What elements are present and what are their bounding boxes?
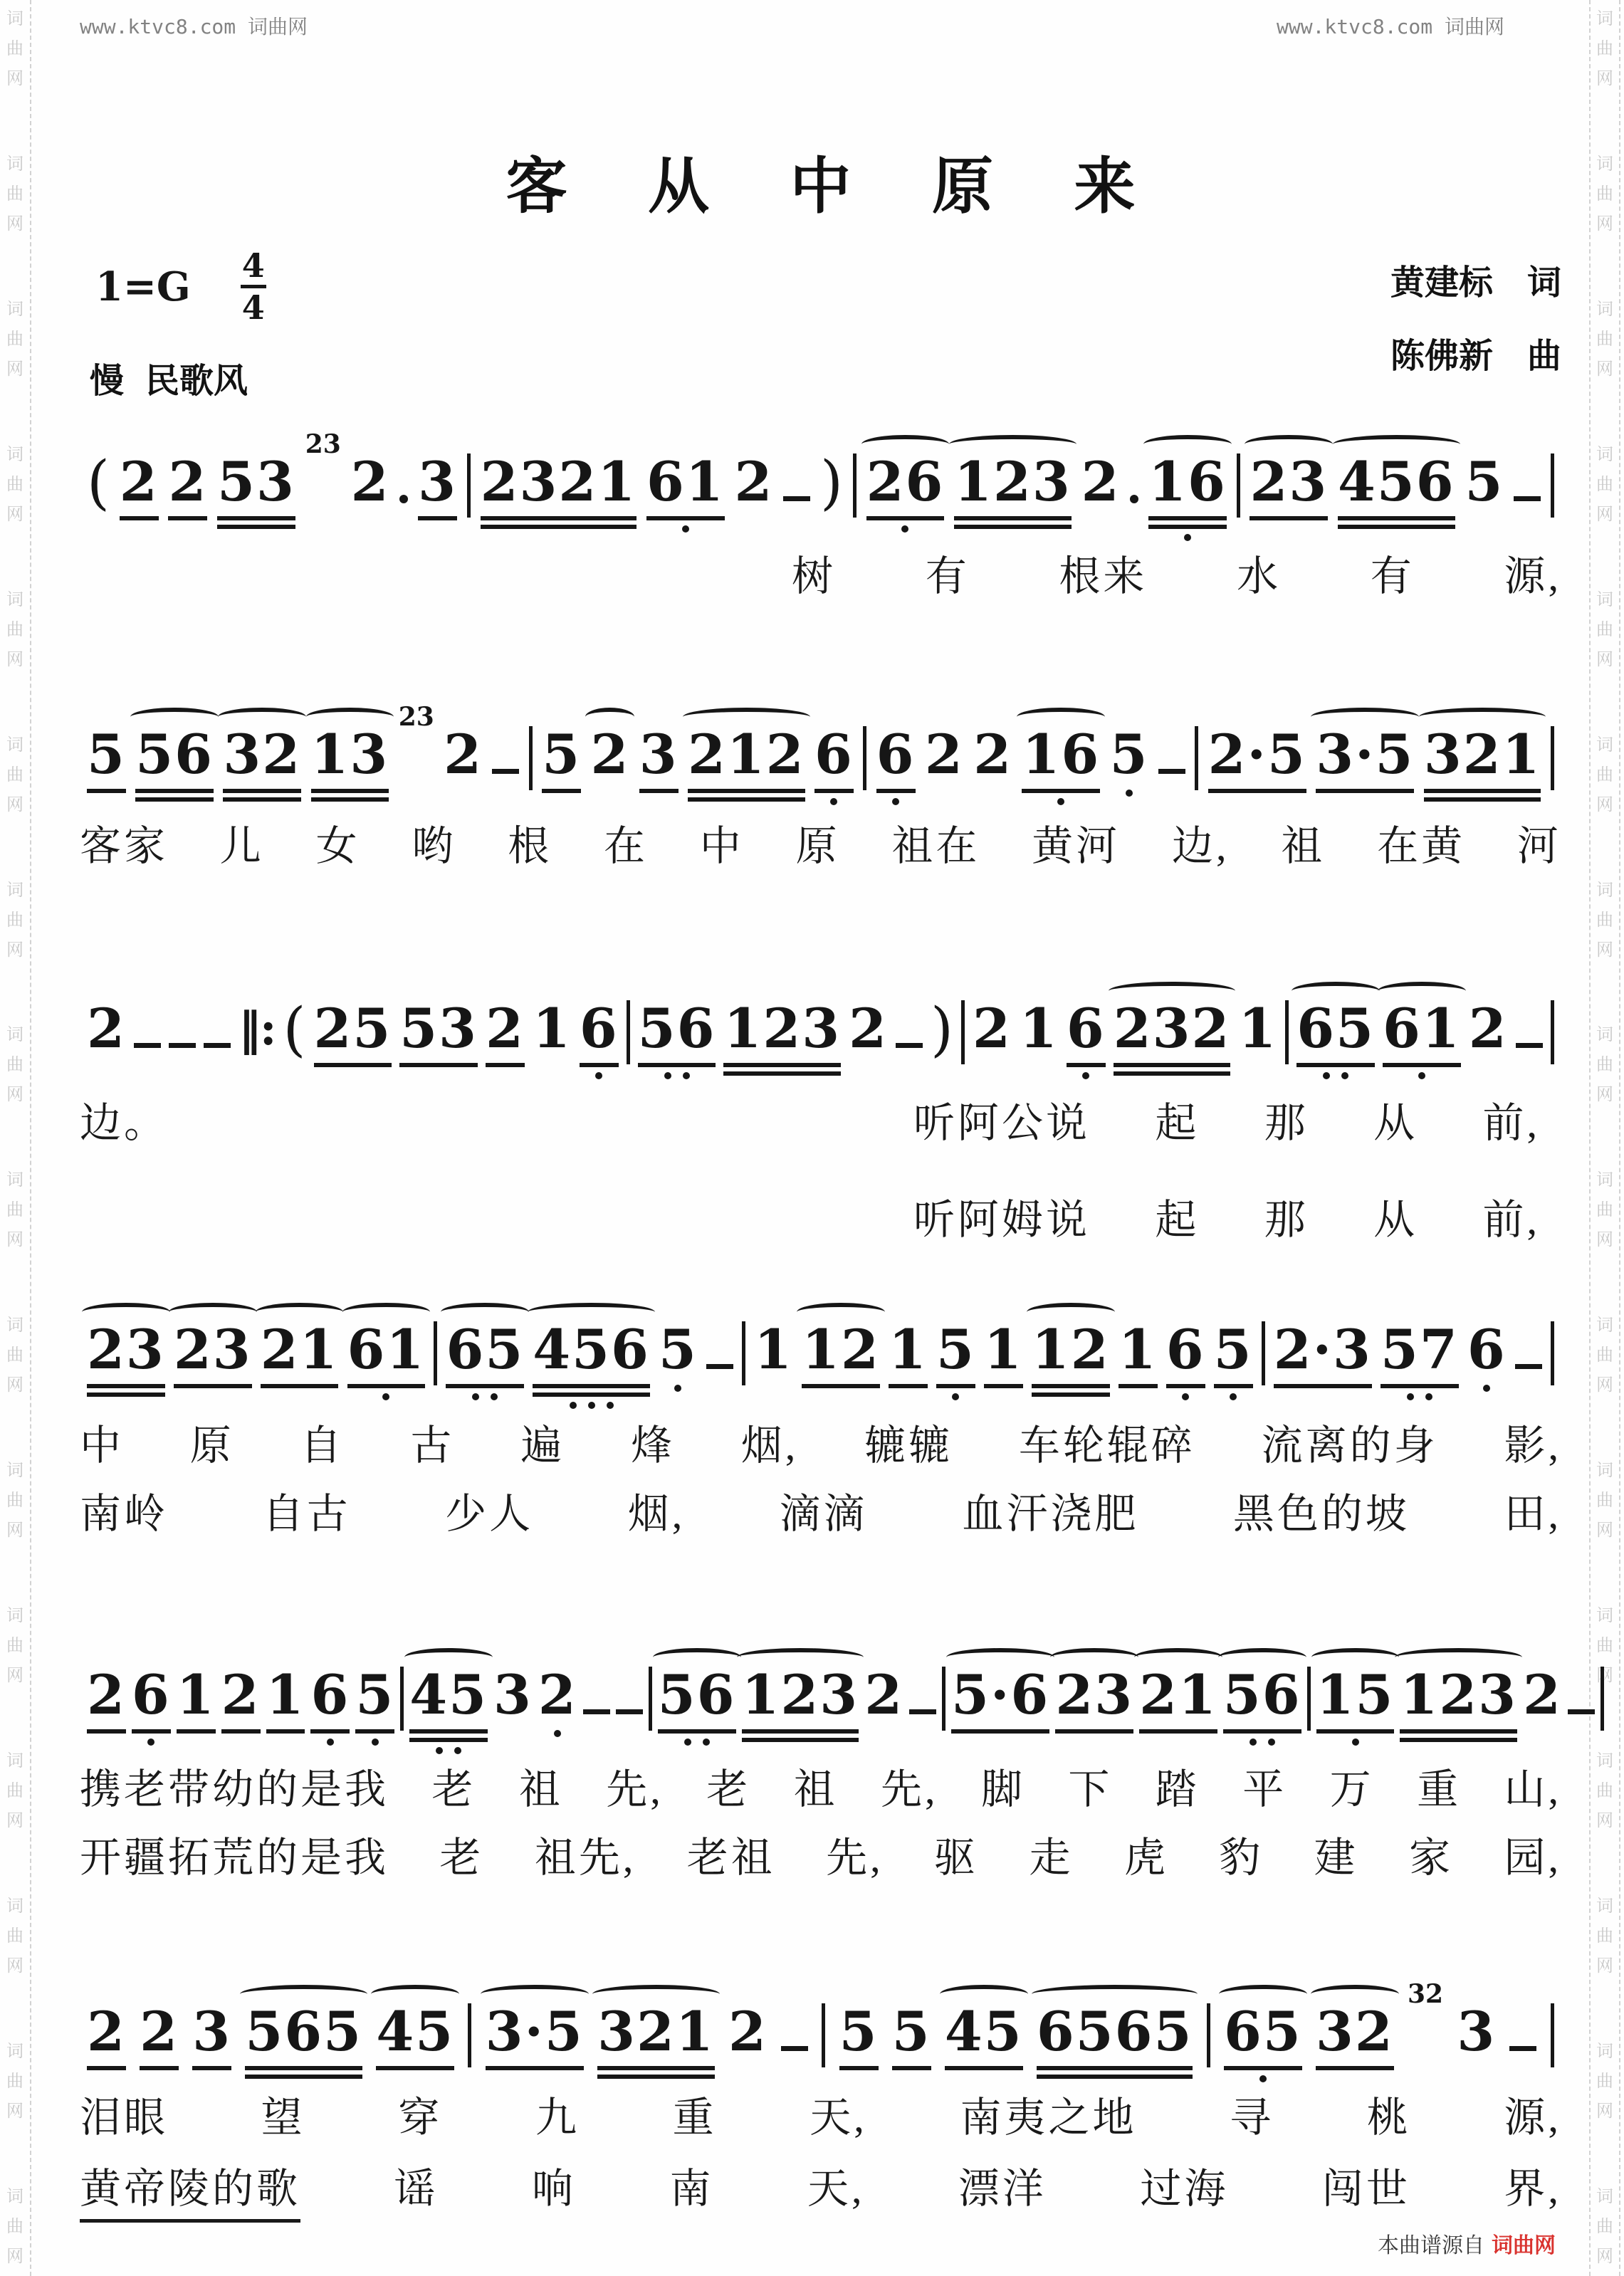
barline-token — [1237, 434, 1240, 518]
barline — [627, 1000, 630, 1064]
lyric-word: 南夷之地 — [960, 2084, 1136, 2144]
lyricist-name: 黄建标 — [1390, 255, 1493, 304]
side-watermark-char: 网 — [6, 215, 23, 234]
note-digits: 123 — [742, 1665, 859, 1725]
lyric-word: 听阿公说 — [913, 1089, 1090, 1149]
barline-token — [1262, 1301, 1265, 1385]
side-watermark-char: 曲 — [6, 1491, 23, 1510]
lyric-word: 下 — [1068, 1756, 1112, 1815]
note-token: 3 — [639, 706, 679, 793]
note-token: 25 — [314, 980, 392, 1067]
lyric-word: 漂洋 — [958, 2155, 1047, 2215]
lyric-word: 万 — [1330, 1756, 1374, 1815]
paren-token: ( — [87, 434, 110, 515]
note-digits: 45 — [376, 2002, 454, 2062]
octave-dots — [682, 525, 689, 533]
beam-line — [310, 1729, 350, 1734]
beam-line — [639, 789, 679, 793]
beam-line — [945, 2066, 1023, 2070]
dash-token — [1514, 434, 1541, 501]
lyric-word: 携老带幼的是我 — [80, 1756, 389, 1815]
note-token: 65 — [1224, 1983, 1302, 2082]
note-digits: 6 — [580, 999, 619, 1059]
lyric-word: 桃 — [1367, 2084, 1411, 2144]
octave-dot — [1259, 2075, 1267, 2082]
octave-dot — [491, 1393, 498, 1400]
paren-token: ( — [283, 980, 306, 1061]
lyric-word: 黑色的坡 — [1233, 1480, 1410, 1540]
note-digits: 5 — [936, 1320, 975, 1380]
time-numerator: 4 — [242, 249, 265, 282]
beam-line — [376, 2066, 454, 2070]
note-token: 5 — [892, 1983, 931, 2070]
duration-dash — [1516, 1043, 1543, 1048]
note-token: 1 — [984, 1301, 1023, 1388]
note-digits: 2 — [925, 725, 964, 785]
side-watermark-char: 词 — [6, 1171, 23, 1190]
note-token: 2 — [444, 706, 483, 785]
side-watermark-char: 曲 — [1596, 1927, 1613, 1946]
side-watermark-char: 网 — [1596, 1086, 1613, 1104]
lyric-word: 开疆拓荒的是我 — [80, 1824, 389, 1884]
barline-token — [942, 1647, 945, 1731]
octave-dot — [1230, 1393, 1237, 1400]
left-watermark-strip: 词曲网词曲网词曲网词曲网词曲网词曲网词曲网词曲网词曲网词曲网词曲网词曲网词曲网词… — [0, 0, 31, 2276]
note-token: 1 — [177, 1647, 216, 1734]
beam-line — [87, 2066, 126, 2070]
side-watermark-char: 词 — [1596, 1316, 1613, 1335]
beam-line — [87, 1384, 165, 1388]
side-watermark-char: 网 — [6, 505, 23, 524]
song-title: 客 从 中 原 来 — [80, 137, 1561, 225]
octave-dot — [683, 1072, 690, 1079]
note-token: 565 — [245, 1983, 362, 2079]
note-digits: 5 — [892, 2002, 931, 2062]
note-digits: 123 — [723, 999, 841, 1059]
note-token: 2 — [87, 1647, 126, 1734]
side-watermark-char: 曲 — [6, 2218, 23, 2236]
note-token: 15 — [1316, 1647, 1395, 1746]
duration-dash — [909, 1709, 936, 1714]
note-digits: 23 — [1055, 1665, 1133, 1725]
barline — [468, 2003, 471, 2067]
lyric-word: 家 — [1409, 1824, 1453, 1884]
octave-dots — [901, 525, 908, 533]
note-digits: 15 — [1316, 1665, 1395, 1725]
dash-token — [1509, 1983, 1536, 2051]
note-digits: 5 — [659, 1320, 698, 1380]
barline-token — [961, 980, 965, 1064]
beam-line — [399, 1063, 478, 1067]
grace-note-token: 23 — [305, 431, 341, 458]
note-token: 3·5 — [1316, 706, 1414, 793]
lyric-word: 先, — [606, 1756, 664, 1815]
beam-line — [742, 1729, 859, 1734]
beam-line — [1032, 1393, 1110, 1397]
lyric-word: 黄河 — [1032, 812, 1120, 872]
beam-line — [1223, 1729, 1301, 1734]
note-digits: 56 — [1223, 1665, 1301, 1725]
beam-line — [1067, 1063, 1106, 1067]
lyric-word: 老 — [439, 1824, 483, 1884]
beam-line — [177, 1729, 216, 1734]
note-token: 45 — [409, 1647, 488, 1754]
beam-line — [314, 1063, 392, 1067]
lyric-word: 老 — [431, 1756, 476, 1815]
barline — [1551, 1000, 1554, 1064]
beam-line — [409, 1729, 488, 1734]
slur-arc — [218, 708, 306, 726]
note-digits: 45 — [409, 1665, 488, 1725]
slur-arc — [592, 1985, 720, 2003]
note-token: 23 — [174, 1301, 252, 1388]
slur-arc — [683, 708, 810, 726]
octave-dots — [1259, 2075, 1267, 2082]
octave-dots — [1082, 1072, 1089, 1079]
note-digits: 123 — [1400, 1665, 1517, 1725]
note-token: 2 — [735, 434, 774, 512]
lyric-word: 边, — [1172, 812, 1230, 872]
note-token: 56 — [1223, 1647, 1301, 1746]
beam-line — [217, 525, 295, 529]
lyric-row: 客家儿女哟根在中原祖在黄河边,祖在黄河 — [80, 812, 1561, 872]
beam-line — [87, 1729, 126, 1734]
side-watermark-group: 词曲网 — [1596, 1607, 1613, 1685]
beam-line — [1424, 797, 1541, 802]
dash-token — [583, 1647, 610, 1714]
beam-line — [266, 1729, 305, 1734]
octave-dot — [1418, 1072, 1425, 1079]
side-watermark-char: 词 — [6, 2188, 23, 2206]
octave-dot — [1268, 1739, 1275, 1746]
lyric-word: 流离的身 — [1262, 1412, 1438, 1472]
lyric-word: 那 — [1264, 1089, 1309, 1149]
dash-token — [1516, 980, 1543, 1048]
lyric-row: 边。 听阿公说起那从前, — [80, 1089, 1561, 1149]
beam-line — [1383, 1063, 1461, 1067]
side-watermark-char: 词 — [1596, 1897, 1613, 1916]
note-digits: 23 — [87, 1320, 165, 1380]
lyric-word: 根来 — [1059, 542, 1147, 602]
lyric-word: 祖 — [794, 1756, 838, 1815]
slur-arc — [169, 1303, 257, 1321]
side-watermark-char: 网 — [6, 941, 23, 960]
side-watermark-char: 词 — [1596, 446, 1613, 464]
note-token: 5 — [1214, 1301, 1253, 1400]
side-watermark-group: 词曲网 — [1596, 1752, 1613, 1830]
octave-dot — [1182, 1393, 1189, 1400]
beam-line — [951, 1729, 1049, 1734]
slur-arc — [404, 1648, 493, 1667]
beam-line — [876, 789, 916, 793]
slur-arc — [1027, 1303, 1115, 1321]
side-watermark-char: 网 — [1596, 1667, 1613, 1685]
octave-dot — [372, 1739, 379, 1746]
note-digits: 53 — [217, 452, 295, 512]
note-digits: 565 — [245, 2002, 362, 2062]
note-token: 53 — [217, 434, 295, 529]
beam-line — [245, 2075, 362, 2079]
side-watermark-char: 词 — [6, 1026, 23, 1044]
duration-dash — [781, 2046, 808, 2051]
parenthesis: ( — [87, 452, 110, 515]
note-digits: 2 — [590, 725, 629, 785]
note-digits: 6565 — [1037, 2002, 1193, 2062]
barline-token — [1551, 434, 1554, 518]
octave-dots — [1126, 790, 1133, 797]
lyric-word: 山, — [1504, 1756, 1561, 1815]
note-digits: 12 — [802, 1320, 880, 1380]
lyric-word: 儿 — [220, 812, 264, 872]
note-digits: 45 — [945, 2002, 1023, 2062]
note-digits: 6 — [1467, 1320, 1507, 1380]
duration-dash — [134, 1043, 161, 1048]
note-digits: 1 — [266, 1665, 305, 1725]
note-digits: 3 — [493, 1665, 533, 1725]
lyric-group: 听阿姆说起那从前, — [913, 1186, 1540, 1246]
note-digits: 23 — [1250, 452, 1328, 512]
note-token: 65 — [1296, 980, 1375, 1079]
lyric-word: 烟, — [628, 1480, 686, 1540]
parenthesis: ) — [820, 452, 843, 515]
side-watermark-char: 词 — [6, 736, 23, 755]
lyric-word: 田, — [1504, 1480, 1561, 1540]
beam-line — [1037, 2075, 1193, 2079]
note-token: 123 — [742, 1647, 859, 1742]
lyric-word: 从 — [1373, 1089, 1418, 1149]
side-watermark-char: 网 — [1596, 360, 1613, 379]
lyric-word: 天, — [807, 2155, 865, 2215]
side-watermark-char: 词 — [1596, 1607, 1613, 1625]
side-watermark-char: 词 — [1596, 881, 1613, 900]
barline — [1601, 1667, 1604, 1731]
duration-dash — [204, 1043, 231, 1048]
side-watermark-char: 网 — [6, 1376, 23, 1395]
note-token: 2 — [486, 980, 525, 1067]
repeat-sign: ‖: — [239, 999, 276, 1060]
side-watermark-group: 词曲网 — [6, 10, 23, 88]
octave-dot — [684, 1739, 691, 1746]
beam-line — [1166, 1384, 1205, 1388]
side-watermark-char: 曲 — [6, 476, 23, 494]
side-watermark-char: 网 — [6, 70, 23, 88]
note-token: 56 — [638, 980, 716, 1079]
beam-line — [866, 516, 945, 520]
side-watermark-group: 词曲网 — [6, 1026, 23, 1104]
beam-line — [87, 1393, 165, 1397]
beam-line — [168, 516, 207, 520]
note-token: 12 — [802, 1301, 880, 1388]
beam-line — [723, 1063, 841, 1067]
note-token: 2 — [925, 706, 964, 785]
octave-dots — [436, 1747, 461, 1754]
side-watermark-group: 词曲网 — [6, 446, 23, 524]
octave-dots — [1483, 1385, 1490, 1392]
note-digits: 5 — [542, 725, 581, 785]
barline — [1551, 1321, 1554, 1385]
slur-arc — [441, 1303, 529, 1321]
beam-line — [1250, 516, 1328, 520]
note-token: 16 — [1148, 434, 1227, 541]
side-watermark-char: 网 — [6, 1667, 23, 1685]
note-token: 2·5 — [1208, 706, 1306, 793]
grace-note-token: 23 — [399, 703, 434, 730]
octave-dot — [1057, 798, 1064, 805]
beam-line — [261, 1384, 339, 1388]
octave-dot — [674, 1385, 681, 1392]
octave-dot — [1483, 1385, 1490, 1392]
note-token: 45 — [945, 1983, 1023, 2070]
side-watermark-char: 词 — [6, 1607, 23, 1625]
lyric-row: 开疆拓荒的是我老祖先,老祖先,驱走虎豹建家园, — [80, 1824, 1561, 1884]
beam-line — [658, 1729, 736, 1734]
note-digits: 3·5 — [1316, 725, 1414, 785]
note-digits: 3·5 — [486, 2002, 584, 2062]
note-token: 6 — [1067, 980, 1106, 1079]
dash-token — [896, 980, 923, 1048]
note-digits: 456 — [533, 1320, 650, 1380]
slur-arc — [371, 1985, 459, 2003]
octave-dots — [1352, 1739, 1359, 1746]
note-token: 23 — [87, 1301, 165, 1397]
side-watermark-char: 曲 — [6, 1056, 23, 1074]
lyric-word: 河 — [1517, 812, 1561, 872]
octave-dots — [382, 1393, 389, 1400]
lyric-word: 前, — [1482, 1089, 1540, 1149]
side-watermark-char: 网 — [1596, 70, 1613, 88]
barline — [1551, 453, 1554, 518]
note-token: 5 — [355, 1647, 394, 1746]
beam-line — [1316, 2066, 1394, 2070]
octave-dot — [1082, 1072, 1089, 1079]
beam-line — [1338, 516, 1455, 520]
note-token: 53 — [399, 980, 478, 1067]
note-digits: 6 — [1067, 999, 1106, 1059]
note-digits: 5 — [1214, 1320, 1253, 1380]
side-watermark-char: 词 — [1596, 1752, 1613, 1771]
note-digits: 5 — [839, 2002, 879, 2062]
side-watermark-char: 词 — [1596, 1026, 1613, 1044]
duration-dash — [492, 769, 519, 774]
note-token: 5 — [839, 1983, 879, 2070]
lyric-word: 南 — [669, 2155, 713, 2215]
barline — [400, 1667, 404, 1731]
note-token: 456 — [533, 1301, 650, 1409]
beam-line — [1400, 1729, 1517, 1734]
slur-arc — [585, 708, 634, 726]
side-watermark-char: 曲 — [1596, 1201, 1613, 1220]
side-watermark-char: 曲 — [1596, 1782, 1613, 1800]
note-token: 16 — [1022, 706, 1100, 805]
lyric-word: 平 — [1242, 1756, 1287, 1815]
composer-credit: 陈佛新 曲 — [1390, 328, 1561, 377]
note-token: 5 — [87, 706, 126, 793]
side-watermark-char: 网 — [6, 2248, 23, 2266]
duration-dash — [706, 1364, 733, 1369]
octave-dots — [570, 1402, 614, 1409]
repeat-token: ‖: — [239, 980, 276, 1060]
beam-line — [889, 1384, 928, 1388]
note-token: 212 — [688, 706, 805, 802]
side-watermark-char: 曲 — [6, 1927, 23, 1946]
octave-dot — [892, 798, 899, 805]
barline-token — [1285, 980, 1289, 1064]
dash-token — [169, 980, 196, 1048]
note-digits: 321 — [1424, 725, 1541, 785]
note-token: 26 — [866, 434, 945, 533]
note-digits: 6 — [876, 725, 916, 785]
side-watermark-char: 词 — [1596, 2188, 1613, 2206]
note-digits: 3 — [192, 2002, 231, 2062]
note-digits: 2 — [87, 1665, 126, 1725]
lyric-word: 在 — [604, 812, 648, 872]
lyric-word: 脚 — [981, 1756, 1025, 1815]
note-digits: 23 — [174, 1320, 252, 1380]
note-token: 2 — [728, 1983, 768, 2062]
side-watermark-group: 词曲网 — [1596, 1897, 1613, 1976]
key-time-block: 1=G 4 4 — [95, 249, 266, 324]
note-digits: 3 — [639, 725, 679, 785]
octave-dots — [1323, 1072, 1348, 1079]
side-watermark-group: 词曲网 — [6, 300, 23, 379]
note-digits: 212 — [688, 725, 805, 785]
composer-role: 曲 — [1527, 328, 1561, 377]
side-watermark-char: 曲 — [1596, 185, 1613, 204]
note-digits: 32 — [223, 725, 301, 785]
lyric-word: 女 — [316, 812, 360, 872]
duration-dash — [1514, 496, 1541, 501]
side-watermark-group: 词曲网 — [1596, 300, 1613, 379]
note-token: 12 — [1032, 1301, 1110, 1397]
tempo-marking: 慢 民歌风 — [90, 353, 248, 402]
barline-token — [1207, 1983, 1210, 2067]
note-token: 57 — [1381, 1301, 1459, 1400]
lyric-row: 中原自古遍烽烟,辘辘车轮辊碎流离的身影, — [80, 1412, 1561, 1472]
note-token: 23 — [1250, 434, 1328, 520]
side-watermark-char: 网 — [1596, 1376, 1613, 1395]
side-watermark-char: 词 — [6, 591, 23, 609]
octave-dot — [1407, 1393, 1414, 1400]
source-footer: 本曲谱源自 词曲网 — [1378, 2228, 1556, 2259]
note-token: 21 — [1139, 1647, 1217, 1734]
note-token: 2 — [87, 980, 126, 1059]
lyric-row: 树有根来水有源, — [80, 542, 1561, 602]
lyric-word: 过海 — [1140, 2155, 1228, 2215]
barline — [1195, 726, 1198, 790]
note-token: 21 — [261, 1301, 339, 1388]
lyric-word: 祖 — [1281, 812, 1325, 872]
note-digits: 13 — [311, 725, 389, 785]
brand-name: 词曲网 — [1492, 2228, 1556, 2259]
octave-dots — [1250, 1739, 1275, 1746]
duration-dash — [616, 1709, 643, 1714]
composer-name: 陈佛新 — [1390, 328, 1493, 377]
note-token: 3 — [493, 1647, 533, 1725]
note-token: 2·3 — [1274, 1301, 1372, 1388]
octave-dot — [1184, 534, 1191, 541]
note-token: 6565 — [1037, 1983, 1193, 2079]
note-token: 65 — [446, 1301, 524, 1400]
grace-note-digits: 23 — [305, 431, 341, 458]
beam-line — [132, 1729, 171, 1734]
beam-line — [542, 789, 581, 793]
note-digits: 1 — [984, 1320, 1023, 1380]
slur-arc — [946, 1648, 1054, 1667]
duration-dash — [1509, 2046, 1536, 2051]
barline — [1285, 1000, 1289, 1064]
side-watermark-char: 曲 — [6, 185, 23, 204]
note-token: 2 — [1081, 434, 1121, 512]
